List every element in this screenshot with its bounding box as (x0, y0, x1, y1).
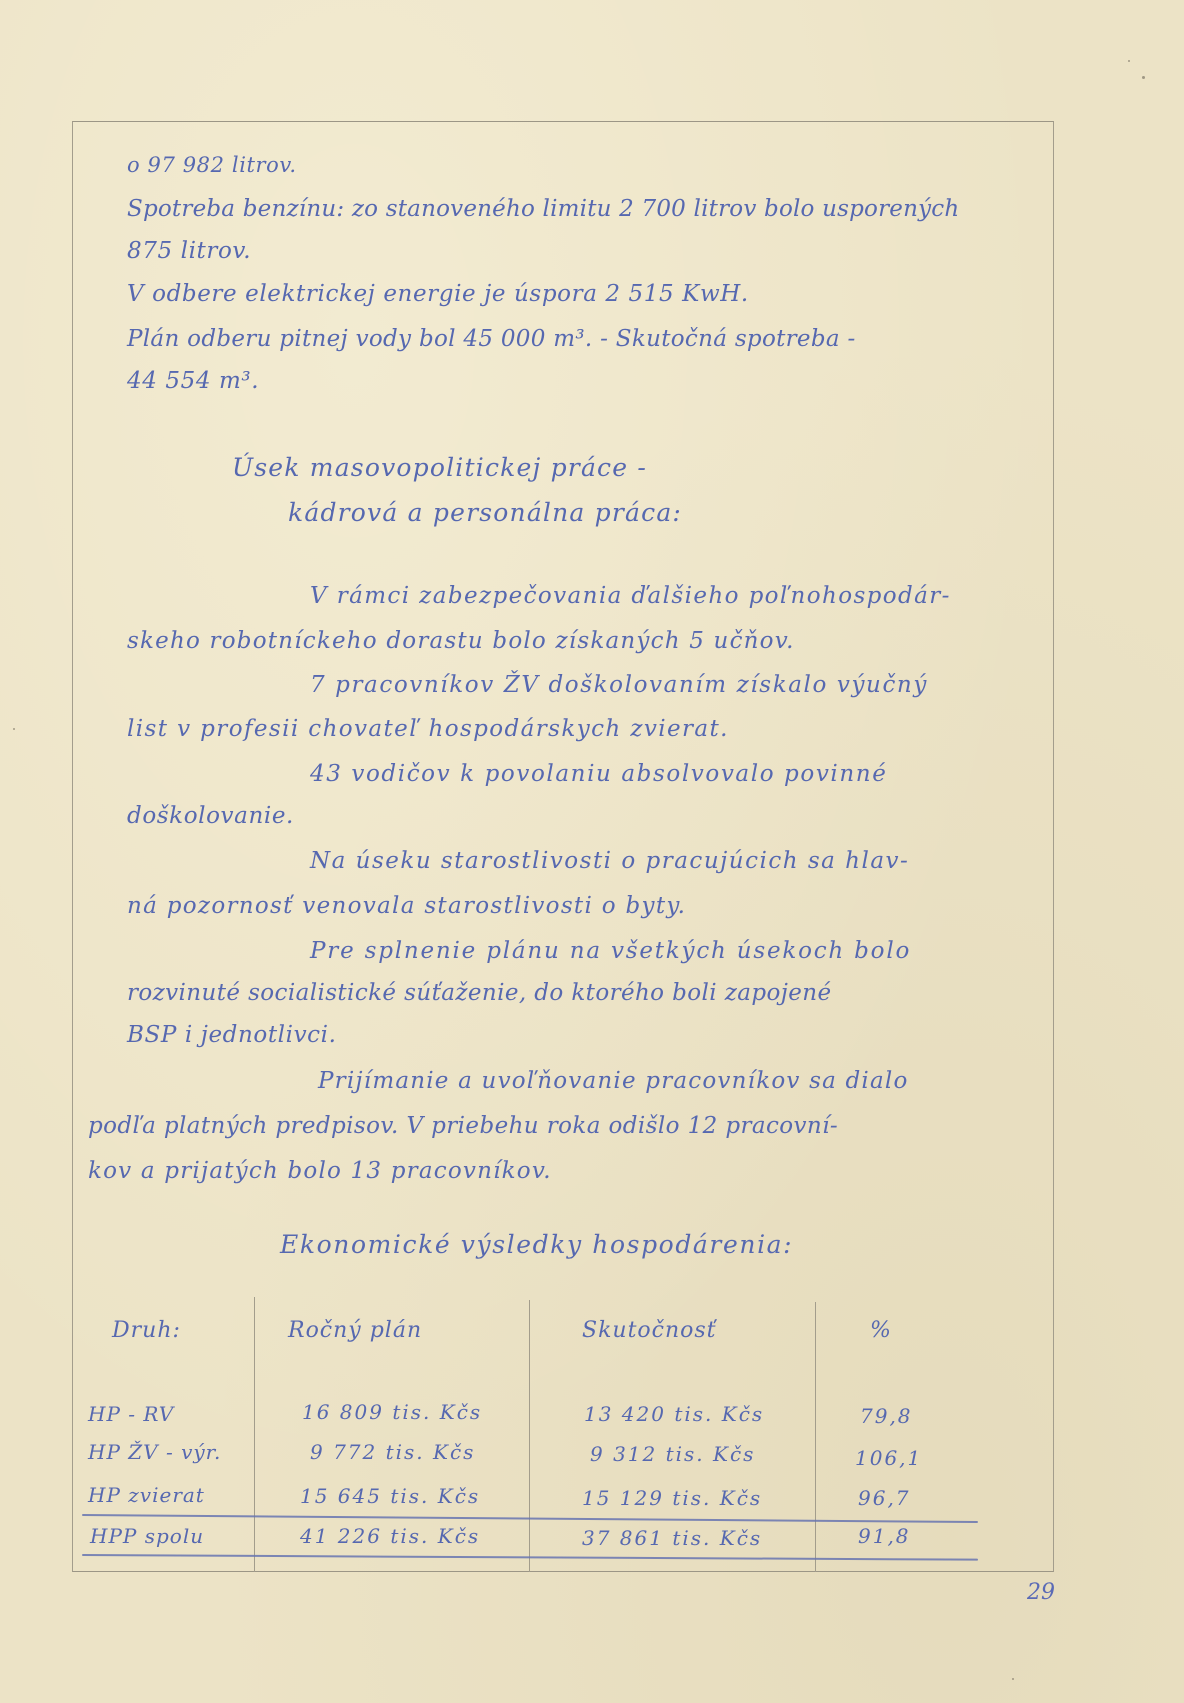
row-plan: 15 645 tis. Kčs (300, 1484, 480, 1508)
paper-speck (1128, 60, 1130, 62)
row-percent: 96,7 (858, 1486, 911, 1510)
text-line: ná pozornosť venovala starostlivosti o b… (127, 895, 686, 918)
text-line: V rámci zabezpečovania ďalšieho poľnohos… (310, 585, 951, 608)
row-percent: 79,8 (860, 1404, 913, 1428)
text-line: kov a prijatých bolo 13 pracovníkov. (88, 1160, 552, 1183)
row-type: HPP spolu (90, 1524, 204, 1548)
paper-speck (1012, 1678, 1014, 1680)
table-header-actual: Skutočnosť (582, 1318, 717, 1343)
text-line: 44 554 m³. (127, 370, 259, 393)
text-line: doškolovanie. (127, 805, 294, 828)
paper-speck (13, 728, 15, 730)
table-header-annual-plan: Ročný plán (288, 1318, 422, 1343)
text-line: 7 pracovníkov ŽV doškolovaním získalo vý… (310, 674, 928, 697)
row-plan: 9 772 tis. Kčs (310, 1440, 475, 1464)
table-title: Ekonomické výsledky hospodárenia: (280, 1232, 793, 1257)
table-column-divider (529, 1300, 530, 1572)
row-percent: 91,8 (858, 1524, 911, 1548)
row-plan: 16 809 tis. Kčs (302, 1400, 482, 1424)
text-line: o 97 982 litrov. (127, 155, 297, 176)
table-header-type: Druh: (112, 1318, 181, 1343)
text-line: Pre splnenie plánu na všetkých úsekoch b… (310, 940, 911, 963)
row-actual: 9 312 tis. Kčs (590, 1442, 755, 1466)
text-line: rozvinuté socialistické súťaženie, do kt… (127, 982, 832, 1005)
text-line: 875 litrov. (127, 240, 251, 263)
text-line: V odbere elektrickej energie je úspora 2… (127, 283, 749, 306)
text-line: podľa platných predpisov. V priebehu rok… (88, 1115, 838, 1138)
table-header-percent: % (870, 1318, 892, 1343)
page-number: 29 (1027, 1580, 1055, 1605)
text-line: 43 vodičov k povolaniu absolvovalo povin… (310, 763, 887, 786)
text-line: Prijímanie a uvoľňovanie pracovníkov sa … (318, 1070, 909, 1093)
section-heading: Úsek masovopolitickej práce - (232, 455, 647, 480)
text-line: list v profesii chovateľ hospodárskych z… (127, 718, 729, 741)
row-actual: 13 420 tis. Kčs (584, 1402, 764, 1426)
paper-speck (1142, 76, 1145, 79)
section-heading: kádrová a personálna práca: (288, 500, 682, 525)
row-type: HP zvierat (88, 1483, 205, 1507)
table-column-divider (815, 1302, 816, 1572)
row-actual: 15 129 tis. Kčs (582, 1486, 762, 1510)
row-type: HP ŽV - výr. (88, 1440, 221, 1464)
row-type: HP - RV (88, 1402, 174, 1426)
text-line: skeho robotníckeho dorastu bolo získanýc… (127, 630, 795, 653)
table-column-divider (254, 1297, 255, 1572)
text-line: Spotreba benzínu: zo stanoveného limitu … (127, 198, 959, 221)
text-line: Plán odberu pitnej vody bol 45 000 m³. -… (127, 328, 856, 351)
text-line: BSP i jednotlivci. (127, 1024, 337, 1047)
text-line: Na úseku starostlivosti o pracujúcich sa… (310, 850, 909, 873)
row-plan: 41 226 tis. Kčs (300, 1524, 480, 1548)
row-percent: 106,1 (855, 1446, 922, 1470)
row-actual: 37 861 tis. Kčs (582, 1526, 762, 1550)
